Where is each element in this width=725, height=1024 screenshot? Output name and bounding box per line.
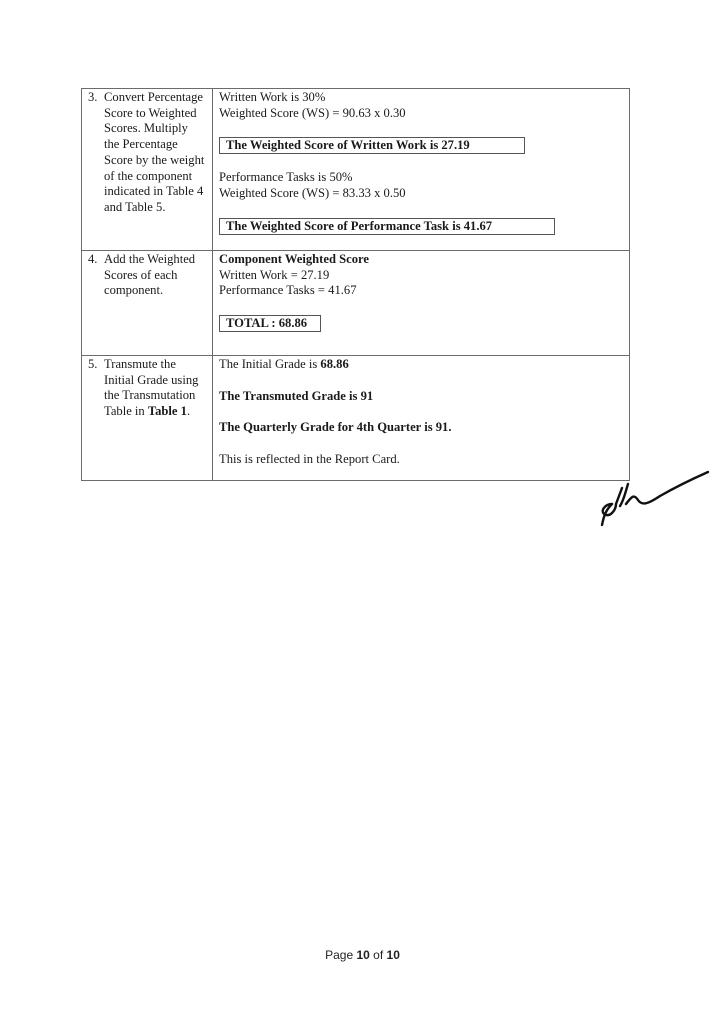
report-card-note: This is reflected in the Report Card.	[219, 452, 623, 468]
written-work-formula: Weighted Score (WS) = 90.63 x 0.30	[219, 106, 623, 122]
step-number: 5.	[88, 357, 104, 420]
written-work-weight: Written Work is 30%	[219, 90, 623, 106]
total-page-number: 10	[387, 948, 400, 962]
component-heading: Component Weighted Score	[219, 252, 623, 268]
quarterly-grade-line: The Quarterly Grade for 4th Quarter is 9…	[219, 420, 623, 436]
page-footer: Page 10 of 10	[0, 948, 725, 962]
step-number: 3.	[88, 90, 104, 216]
step-description-cell: 3. Convert Percentage Score to Weighted …	[82, 89, 213, 251]
step-number: 4.	[88, 252, 104, 299]
step-description-cell: 5. Transmute the Initial Grade using the…	[82, 356, 213, 481]
step-text: Transmute the Initial Grade using the Tr…	[104, 357, 206, 420]
transmuted-grade-line: The Transmuted Grade is 91	[219, 389, 623, 405]
total-box: TOTAL : 68.86	[219, 315, 321, 332]
performance-result-box: The Weighted Score of Performance Task i…	[219, 218, 555, 235]
signature-mark	[590, 460, 710, 530]
performance-formula: Weighted Score (WS) = 83.33 x 0.50	[219, 186, 623, 202]
step-text: Convert Percentage Score to Weighted Sco…	[104, 90, 206, 216]
step-detail-cell: Component Weighted Score Written Work = …	[213, 251, 630, 356]
current-page-number: 10	[356, 948, 369, 962]
table-row: 3. Convert Percentage Score to Weighted …	[82, 89, 630, 251]
table-row: 4. Add the Weighted Scores of each compo…	[82, 251, 630, 356]
table-row: 5. Transmute the Initial Grade using the…	[82, 356, 630, 481]
performance-line: Performance Tasks = 41.67	[219, 283, 623, 299]
written-work-line: Written Work = 27.19	[219, 268, 623, 284]
initial-grade-line: The Initial Grade is 68.86	[219, 357, 623, 373]
step-detail-cell: Written Work is 30% Weighted Score (WS) …	[213, 89, 630, 251]
performance-weight: Performance Tasks is 50%	[219, 170, 623, 186]
step-text: Add the Weighted Scores of each componen…	[104, 252, 206, 299]
document-page: 3. Convert Percentage Score to Weighted …	[0, 0, 725, 1024]
grade-computation-table: 3. Convert Percentage Score to Weighted …	[81, 88, 630, 481]
written-work-result-box: The Weighted Score of Written Work is 27…	[219, 137, 525, 154]
step-detail-cell: The Initial Grade is 68.86 The Transmute…	[213, 356, 630, 481]
step-description-cell: 4. Add the Weighted Scores of each compo…	[82, 251, 213, 356]
